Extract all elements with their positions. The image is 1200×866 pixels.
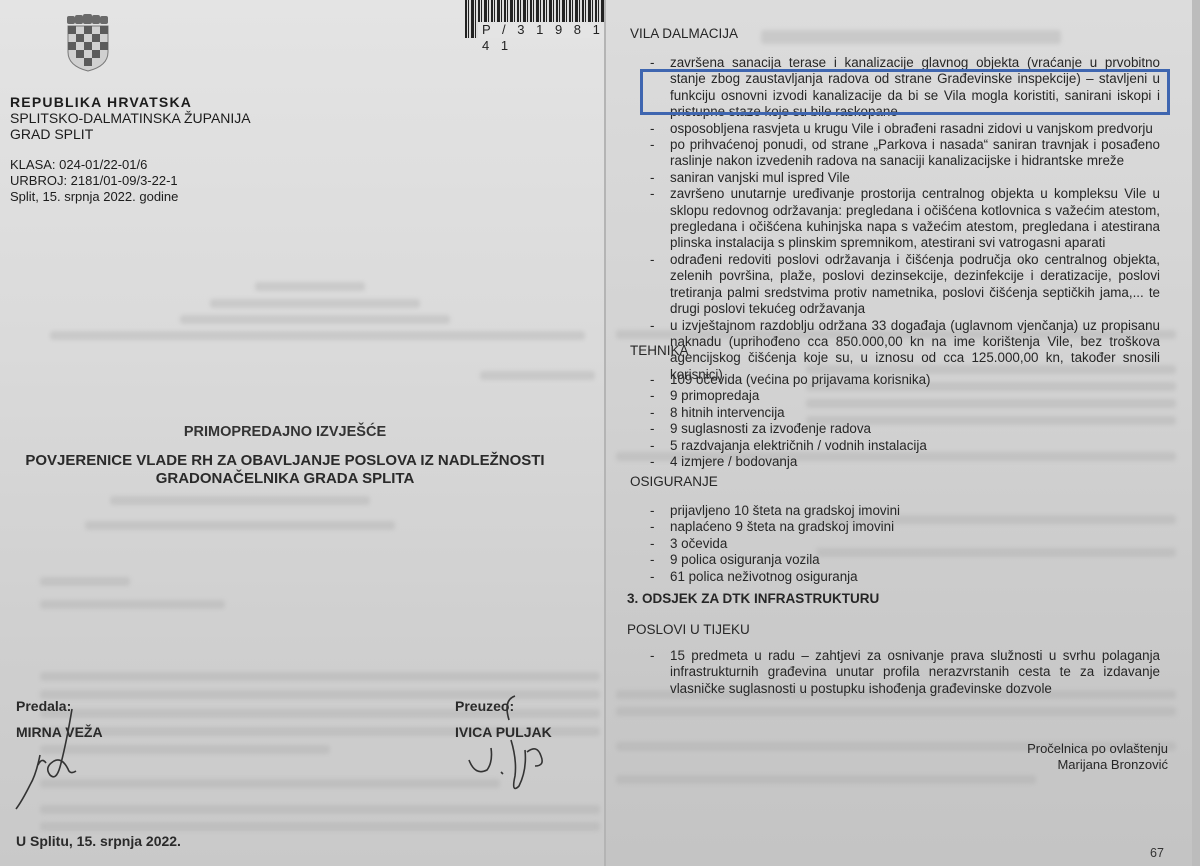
barcode-number: P / 3 1 9 8 1 4 1 <box>478 22 604 38</box>
ghost-text <box>255 282 365 291</box>
list-vila: završena sanacija terase i kanalizacije … <box>650 55 1160 383</box>
list-item: 4 izmjere / bodovanja <box>650 454 1160 470</box>
list-item: završeno unutarnje uređivanje prostorija… <box>650 186 1160 252</box>
document-subtitle-line2: GRADONAČELNIKA GRADA SPLITA <box>0 469 570 488</box>
section-subheading-dtk: POSLOVI U TIJEKU <box>627 622 750 637</box>
list-item: 9 polica osiguranja vozila <box>650 552 1160 568</box>
list-item: odrađeni redoviti poslovi održavanja i č… <box>650 252 1160 318</box>
list-tehnika: 109 očevida (većina po prijavama korisni… <box>650 372 1160 470</box>
list-item: 9 suglasnosti za izvođenje radova <box>650 421 1160 437</box>
section-heading-dtk: 3. ODSJEK ZA DTK INFRASTRUKTURU <box>627 591 879 606</box>
list-item: 3 očevida <box>650 536 1160 552</box>
klasa: KLASA: 024-01/22-01/6 <box>10 157 147 173</box>
signature-puljak <box>445 690 555 800</box>
list-dtk: 15 predmeta u radu – zahtjevi za osnivan… <box>650 648 1160 697</box>
ghost-text <box>40 600 225 609</box>
list-item: naplaćeno 9 šteta na gradskoj imovini <box>650 519 1160 535</box>
list-item: 61 polica neživotnog osiguranja <box>650 569 1160 585</box>
ghost-text <box>85 521 395 530</box>
coat-of-arms-icon <box>64 14 112 72</box>
ghost-text <box>761 30 1061 44</box>
closing-signature: Pročelnica po ovlaštenju Marijana Bronzo… <box>1000 741 1168 773</box>
ghost-text <box>40 805 600 814</box>
header-county: SPLITSKO-DALMATINSKA ŽUPANIJA <box>10 110 251 127</box>
signature-veza <box>10 705 90 815</box>
section-heading-vila: VILA DALMACIJA <box>630 26 738 41</box>
left-page: REPUBLIKA HRVATSKA SPLITSKO-DALMATINSKA … <box>0 0 604 866</box>
closing-role: Pročelnica po ovlaštenju <box>1000 741 1168 757</box>
ghost-text <box>40 577 130 586</box>
ghost-text <box>480 371 595 380</box>
ghost-text <box>210 299 420 308</box>
ghost-text <box>110 496 370 505</box>
section-heading-osiguranje: OSIGURANJE <box>630 474 718 489</box>
list-item: 15 predmeta u radu – zahtjevi za osnivan… <box>650 648 1160 697</box>
ghost-text <box>40 822 600 831</box>
list-osiguranje: prijavljeno 10 šteta na gradskoj imovini… <box>650 503 1160 585</box>
ghost-text <box>616 707 1176 716</box>
page-number: 67 <box>1150 846 1164 860</box>
ghost-text <box>180 315 450 324</box>
ghost-text <box>40 779 500 788</box>
list-item: saniran vanjski mul ispred Vile <box>650 170 1160 186</box>
document-title: PRIMOPREDAJNO IZVJEŠĆE <box>0 424 570 440</box>
header-country: REPUBLIKA HRVATSKA <box>10 94 192 110</box>
list-item: po prihvaćenoj ponudi, od strane „Parkov… <box>650 137 1160 170</box>
list-item: završena sanacija terase i kanalizacije … <box>650 55 1160 121</box>
document-date: Split, 15. srpnja 2022. godine <box>10 189 178 205</box>
list-item: 8 hitnih intervencija <box>650 405 1160 421</box>
list-item: 109 očevida (većina po prijavama korisni… <box>650 372 1160 388</box>
ghost-text <box>50 331 585 340</box>
footer-date: U Splitu, 15. srpnja 2022. <box>16 833 181 849</box>
list-item: prijavljeno 10 šteta na gradskoj imovini <box>650 503 1160 519</box>
ghost-text <box>40 672 600 681</box>
section-heading-tehnika: TEHNIKA <box>630 343 689 358</box>
header-city: GRAD SPLIT <box>10 126 93 143</box>
urbroj: URBROJ: 2181/01-09/3-22-1 <box>10 173 178 189</box>
ghost-text <box>616 775 1036 784</box>
closing-name: Marijana Bronzović <box>1000 757 1168 773</box>
list-item: 9 primopredaja <box>650 388 1160 404</box>
list-item: 5 razdvajanja električnih / vodnih insta… <box>650 438 1160 454</box>
document-subtitle-line1: POVJERENICE VLADE RH ZA OBAVLJANJE POSLO… <box>0 451 570 470</box>
list-item: osposobljena rasvjeta u krugu Vile i obr… <box>650 121 1160 137</box>
